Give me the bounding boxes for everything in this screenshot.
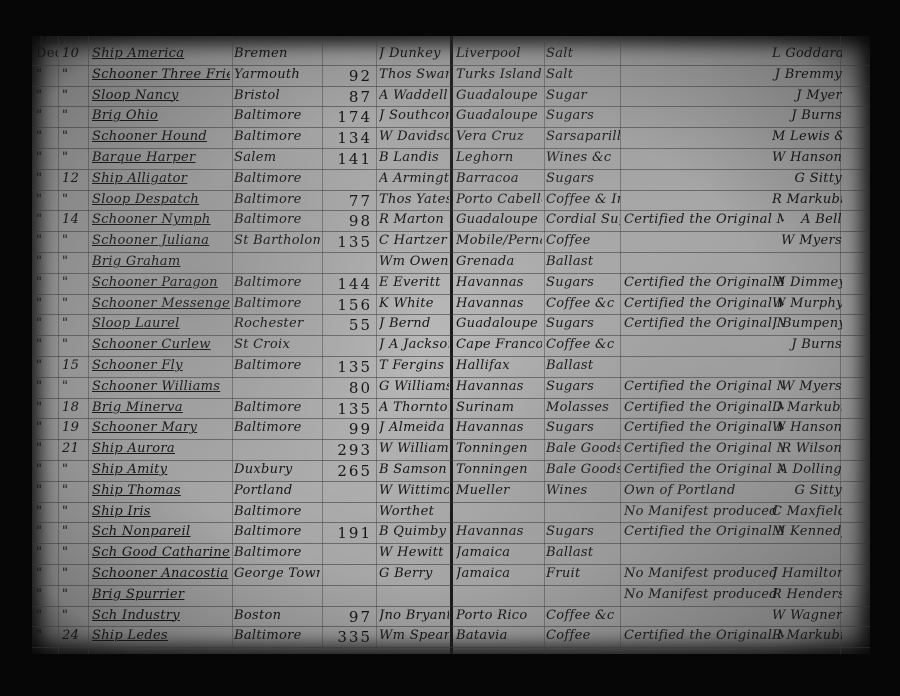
day-cell: ": [62, 379, 86, 394]
ledger-row: " " Schooner Three Friends Yarmouth 92 T…: [32, 65, 870, 87]
consignee-cell: M Lewis & Burns: [772, 129, 842, 144]
day-cell: ": [62, 608, 86, 623]
tons-cell: 144: [324, 275, 372, 293]
master-cell: Thos Swartt: [379, 67, 449, 82]
day-cell: ": [62, 296, 86, 311]
month-cell: ": [36, 296, 58, 311]
vessel-cell: Sch Nonpareil: [92, 524, 230, 539]
cargo-cell: Coffee &c: [546, 608, 620, 623]
master-cell: J Dunkey: [379, 46, 449, 61]
cargo-cell: Coffee: [546, 628, 620, 643]
vessel-cell: Schooner Williams: [92, 379, 230, 394]
port-cell: Salem: [234, 150, 320, 165]
tons-cell: 135: [324, 358, 372, 376]
month-cell: ": [36, 462, 58, 477]
cargo-cell: Sugars: [546, 420, 620, 435]
vessel-cell: Brig Minerva: [92, 400, 230, 415]
cargo-cell: Wines: [546, 483, 620, 498]
consignee-cell: J Bremmy: [772, 67, 842, 82]
port-cell: Baltimore: [234, 400, 320, 415]
port-cell: St Croix: [234, 337, 320, 352]
master-cell: C Hartzer: [379, 233, 449, 248]
from-cell: Mueller: [456, 483, 542, 498]
master-cell: K White: [379, 296, 449, 311]
from-cell: Vera Cruz: [456, 129, 542, 144]
ledger-row: " " Brig Spurrier No Manifest produced R…: [32, 585, 870, 607]
vessel-cell: Brig Graham: [92, 254, 230, 269]
month-cell: ": [36, 483, 58, 498]
remarks-cell: Certified the Original Manifest: [624, 462, 784, 477]
vessel-cell: Ship Iris: [92, 504, 230, 519]
remarks-cell: No Manifest produced: [624, 504, 784, 519]
ledger-row: " " Sch Industry Boston 97 Jno Bryant Po…: [32, 606, 870, 628]
port-cell: Baltimore: [234, 192, 320, 207]
month-cell: ": [36, 108, 58, 123]
remarks-cell: Certified the Original Manifest: [624, 275, 784, 290]
ledger-row: Decr 10 Ship America Bremen J Dunkey Liv…: [32, 44, 870, 66]
consignee-cell: G Sitty: [772, 171, 842, 186]
month-cell: ": [36, 88, 58, 103]
from-cell: Porto Cabello: [456, 192, 542, 207]
master-cell: E Everitt: [379, 275, 449, 290]
vessel-cell: Barque Harper: [92, 150, 230, 165]
vessel-cell: Sch Industry: [92, 608, 230, 623]
day-cell: ": [62, 566, 86, 581]
cargo-cell: Sugars: [546, 524, 620, 539]
tons-cell: 174: [324, 108, 372, 126]
port-cell: Yarmouth: [234, 67, 320, 82]
vessel-cell: Schooner Messenger: [92, 296, 230, 311]
consignee-cell: D Markubine: [772, 400, 842, 415]
month-cell: Decr: [36, 46, 58, 61]
day-cell: ": [62, 150, 86, 165]
master-cell: B Samson: [379, 462, 449, 477]
ledger-row: " " Barque Harper Salem 141 B Landis Leg…: [32, 148, 870, 170]
consignee-cell: M Dimmey: [772, 275, 842, 290]
master-cell: W Davidson: [379, 129, 449, 144]
master-cell: G Williams: [379, 379, 449, 394]
day-cell: ": [62, 524, 86, 539]
from-cell: Cape Francois: [456, 337, 542, 352]
tons-cell: 141: [324, 150, 372, 168]
day-cell: ": [62, 129, 86, 144]
from-cell: Havannas: [456, 296, 542, 311]
day-cell: ": [62, 88, 86, 103]
ledger-row: " " Schooner Hound Baltimore 134 W David…: [32, 127, 870, 149]
master-cell: J Southcomb: [379, 108, 449, 123]
from-cell: Havannas: [456, 275, 542, 290]
master-cell: J A Jackson: [379, 337, 449, 352]
cargo-cell: Sugar: [546, 88, 620, 103]
vessel-cell: Ship Alligator: [92, 171, 230, 186]
consignee-cell: A Bell: [772, 212, 842, 227]
tons-cell: 80: [324, 379, 372, 397]
scan-frame: 1807 Decr 10 Ship America Bremen J Dunke…: [0, 0, 900, 696]
port-cell: Baltimore: [234, 628, 320, 643]
day-cell: 19: [62, 420, 86, 435]
from-cell: Jamaica: [456, 566, 542, 581]
vessel-cell: Schooner Three Friends: [92, 67, 230, 82]
month-cell: ": [36, 400, 58, 415]
tons-cell: 191: [324, 524, 372, 542]
ledger-row: " " Sch Nonpareil Baltimore 191 B Quimby…: [32, 522, 870, 544]
ledger-row: " " Schooner Curlew St Croix J A Jackson…: [32, 335, 870, 357]
master-cell: Wm Owen: [379, 254, 449, 269]
ledger-row: " " Sch Good Catharine Baltimore W Hewit…: [32, 543, 870, 565]
month-cell: ": [36, 545, 58, 560]
month-cell: ": [36, 171, 58, 186]
from-cell: Guadaloupe: [456, 88, 542, 103]
port-cell: Baltimore: [234, 296, 320, 311]
day-cell: 18: [62, 400, 86, 415]
from-cell: Tonningen: [456, 441, 542, 456]
day-cell: ": [62, 233, 86, 248]
from-cell: Havannas: [456, 379, 542, 394]
port-cell: Baltimore: [234, 171, 320, 186]
month-cell: ": [36, 337, 58, 352]
vessel-cell: Schooner Anacostia: [92, 566, 230, 581]
consignee-cell: R Markubine: [772, 628, 842, 643]
cargo-cell: Sugars: [546, 379, 620, 394]
vessel-cell: Sloop Despatch: [92, 192, 230, 207]
cargo-cell: Sugars: [546, 275, 620, 290]
ledger-row: " " Ship Iris Baltimore Worthet No Manif…: [32, 502, 870, 524]
consignee-cell: J Burns: [772, 108, 842, 123]
consignee-cell: W Murphy: [772, 296, 842, 311]
remarks-cell: Certified the Original Manifest: [624, 628, 784, 643]
cargo-cell: Cordial Sugars &c: [546, 212, 620, 227]
remarks-cell: Certified the Original Manifest: [624, 379, 784, 394]
cargo-cell: Bale Goods: [546, 462, 620, 477]
day-cell: 10: [62, 46, 86, 61]
day-cell: 15: [62, 358, 86, 373]
tons-cell: 98: [324, 212, 372, 230]
ledger-row: " " Schooner Paragon Baltimore 144 E Eve…: [32, 273, 870, 295]
port-cell: Baltimore: [234, 108, 320, 123]
vessel-cell: Ship Aurora: [92, 441, 230, 456]
vessel-cell: Schooner Curlew: [92, 337, 230, 352]
consignee-cell: L Goddard: [772, 46, 842, 61]
vessel-cell: Ship America: [92, 46, 230, 61]
month-cell: ": [36, 358, 58, 373]
month-cell: ": [36, 150, 58, 165]
master-cell: G Berry: [379, 566, 449, 581]
port-cell: Bremen: [234, 46, 320, 61]
month-cell: ": [36, 420, 58, 435]
consignee-cell: J Burns: [772, 337, 842, 352]
cargo-cell: Salt: [546, 46, 620, 61]
from-cell: Tonningen: [456, 462, 542, 477]
from-cell: Hallifax: [456, 358, 542, 373]
cargo-cell: Molasses: [546, 400, 620, 415]
cargo-cell: Sugars: [546, 316, 620, 331]
month-cell: ": [36, 192, 58, 207]
master-cell: B Quimby: [379, 524, 449, 539]
consignee-cell: R Markubine: [772, 192, 842, 207]
cargo-cell: Coffee &c: [546, 296, 620, 311]
tons-cell: 87: [324, 88, 372, 106]
port-cell: Baltimore: [234, 212, 320, 227]
cargo-cell: Sugars: [546, 108, 620, 123]
cargo-cell: Ballast: [546, 358, 620, 373]
ledger-row: " " Schooner Messenger Baltimore 156 K W…: [32, 294, 870, 316]
from-cell: Mobile/Pernambuco: [456, 233, 542, 248]
from-cell: Guadaloupe: [456, 108, 542, 123]
from-cell: Guadaloupe: [456, 316, 542, 331]
consignee-cell: R Henderson: [772, 587, 842, 602]
port-cell: Baltimore: [234, 524, 320, 539]
remarks-cell: Certified the Original Manifest: [624, 524, 784, 539]
master-cell: W Wittimore: [379, 483, 449, 498]
month-cell: ": [36, 129, 58, 144]
consignee-cell: C Maxfield: [772, 504, 842, 519]
cargo-cell: Sugars: [546, 171, 620, 186]
from-cell: Turks Island: [456, 67, 542, 82]
cargo-cell: Sarsaparilla: [546, 129, 620, 144]
master-cell: W Hewitt: [379, 545, 449, 560]
ledger-row: " 24 Ship Ledes Baltimore 335 Wm Spear B…: [32, 626, 870, 648]
from-cell: Leghorn: [456, 150, 542, 165]
tons-cell: 99: [324, 420, 372, 438]
ledger-row: " " Schooner Williams 80 G Williams Hava…: [32, 377, 870, 399]
master-cell: J Almeida: [379, 420, 449, 435]
vessel-cell: Sloop Nancy: [92, 88, 230, 103]
consignee-cell: J Bumpeny: [772, 316, 842, 331]
day-cell: ": [62, 192, 86, 207]
month-cell: ": [36, 67, 58, 82]
ledger-row: " 15 Schooner Fly Baltimore 135 T Fergin…: [32, 356, 870, 378]
day-cell: ": [62, 275, 86, 290]
tons-cell: 135: [324, 233, 372, 251]
remarks-cell: Certified the Original Manifest: [624, 212, 784, 227]
cargo-cell: Fruit: [546, 566, 620, 581]
vessel-cell: Schooner Nymph: [92, 212, 230, 227]
tons-cell: 265: [324, 462, 372, 480]
consignee-cell: W Wagner: [772, 608, 842, 623]
port-cell: Portland: [234, 483, 320, 498]
master-cell: Jno Bryant: [379, 608, 449, 623]
ledger-row: " " Ship Amity Duxbury 265 B Samson Tonn…: [32, 460, 870, 482]
vessel-cell: Schooner Fly: [92, 358, 230, 373]
port-cell: Baltimore: [234, 545, 320, 560]
month-cell: ": [36, 316, 58, 331]
ledger-row: " " Sloop Nancy Bristol 87 A Waddell Gua…: [32, 86, 870, 108]
month-cell: ": [36, 212, 58, 227]
cargo-cell: Coffee & Indigo: [546, 192, 620, 207]
cargo-cell: Bale Goods: [546, 441, 620, 456]
ledger-row: " 18 Brig Minerva Baltimore 135 A Thornt…: [32, 398, 870, 420]
day-cell: ": [62, 108, 86, 123]
month-cell: ": [36, 628, 58, 643]
from-cell: Grenada: [456, 254, 542, 269]
remarks-cell: No Manifest produced: [624, 587, 784, 602]
cargo-cell: Coffee &c: [546, 337, 620, 352]
day-cell: ": [62, 67, 86, 82]
from-cell: Jamaica: [456, 545, 542, 560]
vessel-cell: Ship Thomas: [92, 483, 230, 498]
consignee-cell: W Myers: [772, 233, 842, 248]
tons-cell: 135: [324, 400, 372, 418]
vessel-cell: Schooner Juliana: [92, 233, 230, 248]
cargo-cell: Wines &c: [546, 150, 620, 165]
month-cell: ": [36, 441, 58, 456]
consignee-cell: W Myers: [772, 379, 842, 394]
day-cell: 21: [62, 441, 86, 456]
consignee-cell: M Kennedy: [772, 524, 842, 539]
vessel-cell: Schooner Hound: [92, 129, 230, 144]
master-cell: A Waddell: [379, 88, 449, 103]
from-cell: Guadaloupe: [456, 212, 542, 227]
vessel-cell: Ship Amity: [92, 462, 230, 477]
day-cell: ": [62, 462, 86, 477]
ledger-row: " " Brig Ohio Baltimore 174 J Southcomb …: [32, 106, 870, 128]
port-cell: Duxbury: [234, 462, 320, 477]
ledger-row: " " Sloop Despatch Baltimore 77 Thos Yat…: [32, 190, 870, 212]
tons-cell: 97: [324, 608, 372, 626]
master-cell: A Thornton: [379, 400, 449, 415]
from-cell: Surinam: [456, 400, 542, 415]
ledger-row: " 12 Ship Alligator Baltimore A Armingto…: [32, 169, 870, 191]
day-cell: ": [62, 337, 86, 352]
month-cell: ": [36, 379, 58, 394]
master-cell: B Landis: [379, 150, 449, 165]
ledger-page: 1807 Decr 10 Ship America Bremen J Dunke…: [32, 36, 870, 654]
consignee-cell: R Wilson: [772, 441, 842, 456]
month-cell: ": [36, 275, 58, 290]
remarks-cell: Certified the Original Manifest: [624, 441, 784, 456]
vessel-cell: Schooner Mary: [92, 420, 230, 435]
consignee-cell: W Hanson: [772, 420, 842, 435]
month-cell: ": [36, 524, 58, 539]
cargo-cell: Coffee: [546, 233, 620, 248]
day-cell: ": [62, 587, 86, 602]
consignee-cell: W Hanson: [772, 150, 842, 165]
month-cell: ": [36, 233, 58, 248]
ledger-row: " " Schooner Juliana St Bartholomew 135 …: [32, 231, 870, 253]
vessel-cell: Ship Ledes: [92, 628, 230, 643]
master-cell: T Fergins: [379, 358, 449, 373]
cargo-cell: Ballast: [546, 254, 620, 269]
ledger-row: " " Sloop Laurel Rochester 55 J Bernd Gu…: [32, 314, 870, 336]
ledger-row: " 21 Ship Aurora 293 W Williams Tonninge…: [32, 439, 870, 461]
port-cell: Baltimore: [234, 129, 320, 144]
tons-cell: 156: [324, 296, 372, 314]
day-cell: ": [62, 316, 86, 331]
day-cell: ": [62, 483, 86, 498]
vessel-cell: Sch Good Catharine: [92, 545, 230, 560]
master-cell: Worthet: [379, 504, 449, 519]
master-cell: J Bernd: [379, 316, 449, 331]
master-cell: Wm Spear: [379, 628, 449, 643]
cargo-cell: Ballast: [546, 545, 620, 560]
day-cell: ": [62, 504, 86, 519]
remarks-cell: Own of Portland: [624, 483, 784, 498]
master-cell: R Marton: [379, 212, 449, 227]
day-cell: 24: [62, 628, 86, 643]
day-cell: 14: [62, 212, 86, 227]
ledger-row: " " Ship Thomas Portland W Wittimore Mue…: [32, 481, 870, 503]
consignee-cell: J Hamilton: [772, 566, 842, 581]
port-cell: George Town: [234, 566, 320, 581]
ledger-row: " " Schooner Anacostia George Town G Ber…: [32, 564, 870, 586]
port-cell: Baltimore: [234, 420, 320, 435]
remarks-cell: Certified the Original Manifest: [624, 420, 784, 435]
tons-cell: 134: [324, 129, 372, 147]
month-cell: ": [36, 608, 58, 623]
remarks-cell: Certified the Original Manifest: [624, 296, 784, 311]
port-cell: Baltimore: [234, 504, 320, 519]
from-cell: Batavia: [456, 628, 542, 643]
consignee-cell: A Dolling: [772, 462, 842, 477]
master-cell: A Armington: [379, 171, 449, 186]
port-cell: St Bartholomew: [234, 233, 320, 248]
vessel-cell: Sloop Laurel: [92, 316, 230, 331]
port-cell: Baltimore: [234, 275, 320, 290]
tons-cell: 335: [324, 628, 372, 646]
master-cell: Thos Yates: [379, 192, 449, 207]
ledger-row: " " Brig Graham Wm Owen Grenada Ballast: [32, 252, 870, 274]
vessel-cell: Schooner Paragon: [92, 275, 230, 290]
vessel-cell: Brig Ohio: [92, 108, 230, 123]
from-cell: Liverpool: [456, 46, 542, 61]
remarks-cell: No Manifest produced: [624, 566, 784, 581]
remarks-cell: Certified the Original Manifest: [624, 316, 784, 331]
month-cell: ": [36, 587, 58, 602]
month-cell: ": [36, 566, 58, 581]
from-cell: Havannas: [456, 524, 542, 539]
master-cell: W Williams: [379, 441, 449, 456]
ledger-row: " 14 Schooner Nymph Baltimore 98 R Marto…: [32, 210, 870, 232]
ledger-row: " 19 Schooner Mary Baltimore 99 J Almeid…: [32, 418, 870, 440]
from-cell: Havannas: [456, 420, 542, 435]
tons-cell: 55: [324, 316, 372, 334]
day-cell: ": [62, 545, 86, 560]
tons-cell: 92: [324, 67, 372, 85]
month-cell: ": [36, 504, 58, 519]
port-cell: Bristol: [234, 88, 320, 103]
day-cell: ": [62, 254, 86, 269]
vessel-cell: Brig Spurrier: [92, 587, 230, 602]
port-cell: Rochester: [234, 316, 320, 331]
remarks-cell: Certified the Original Manifest: [624, 400, 784, 415]
from-cell: Barracoa: [456, 171, 542, 186]
port-cell: Boston: [234, 608, 320, 623]
month-cell: ": [36, 254, 58, 269]
from-cell: Porto Rico: [456, 608, 542, 623]
consignee-cell: J Myer: [772, 88, 842, 103]
tons-cell: 77: [324, 192, 372, 210]
port-cell: Baltimore: [234, 358, 320, 373]
day-cell: 12: [62, 171, 86, 186]
consignee-cell: G Sitty: [772, 483, 842, 498]
tons-cell: 293: [324, 441, 372, 459]
cargo-cell: Salt: [546, 67, 620, 82]
